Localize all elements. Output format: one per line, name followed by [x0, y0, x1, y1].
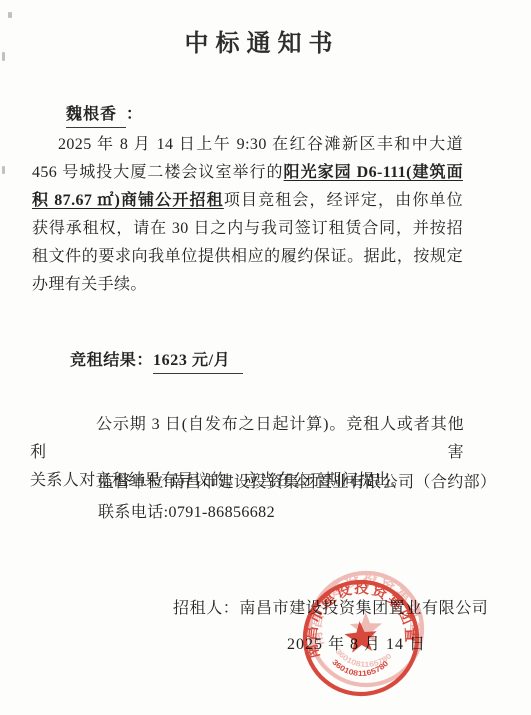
body-line: 办理有关手续。 [32, 271, 463, 299]
bid-result-line: 竞租结果：1623 元/月 [70, 350, 243, 374]
recipient-line: 魏根香： [66, 104, 143, 128]
seal-serial-arc: 3601081165780 [330, 653, 391, 681]
body-line: 2025 年 8 月 14 日上午 9:30 在红谷滩新区丰和中大道 [32, 131, 463, 159]
body-line: 456 号城投大厦二楼会议室举行的阳光家园 D6-111(建筑面 [32, 159, 463, 187]
bid-result-label: 竞租结果： [70, 352, 153, 369]
body-line: 获得承租权，请在 30 日之内与我司签订租赁合同，并按招 [32, 215, 463, 243]
recipient-colon: ： [126, 106, 143, 123]
scan-speck [8, 12, 12, 18]
scan-speck [2, 166, 5, 174]
contact-phone-line: 联系电话:0791-86856682 [98, 502, 275, 524]
lessor-signature-line: 招租人：南昌市建设投资集团置业有限公司 [173, 598, 488, 620]
body-line: 积 87.67 ㎡)商铺公开招租项目竞租会，经评定，由你单位 [32, 187, 463, 215]
scanned-notice-page: 中标通知书 魏根香： 2025 年 8 月 14 日上午 9:30 在红谷滩新区… [0, 0, 531, 715]
svg-text:3601081165780: 3601081165780 [330, 653, 391, 681]
body-paragraph: 2025 年 8 月 14 日上午 9:30 在红谷滩新区丰和中大道 456 号… [32, 131, 463, 299]
recipient-name: 魏根香 [66, 104, 126, 128]
publicity-line: 公示期 3 日(自发布之日起计算)。竞租人或者其他利害 [30, 411, 464, 467]
body-line: 租文件的要求向我单位提供相应的履约保证。据此，按规定 [32, 243, 463, 271]
supervisor-line: 监督单位:南昌市建设投资集团置业有限公司（合约部） [98, 472, 496, 494]
signature-date: 2025 年 8 月 14 日 [287, 634, 426, 656]
bid-result-value: 1623 元/月 [153, 350, 243, 374]
page-title: 中标通知书 [0, 29, 524, 59]
